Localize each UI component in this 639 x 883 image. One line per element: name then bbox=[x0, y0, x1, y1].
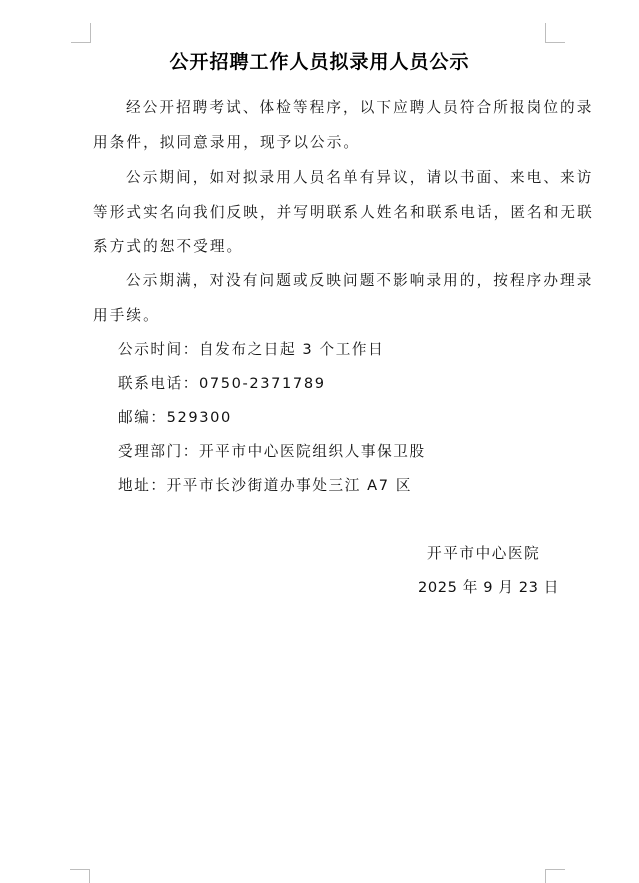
paragraph-2-line-3: 系方式的恕不受理。 bbox=[93, 237, 548, 257]
paragraph-2-line-2: 等形式实名向我们反映，并写明联系人姓名和联系电话，匿名和无联 bbox=[93, 203, 548, 223]
detail-label: 地址： bbox=[118, 477, 167, 494]
detail-department: 受理部门：开平市中心医院组织人事保卫股 bbox=[118, 442, 573, 462]
margin-corner-top-left bbox=[71, 23, 91, 43]
paragraph-1-line-2: 用条件，拟同意录用，现予以公示。 bbox=[93, 133, 548, 153]
detail-value: 529300 bbox=[167, 409, 232, 426]
detail-contact-phone: 联系电话：0750-2371789 bbox=[118, 374, 573, 394]
margin-corner-bottom-left bbox=[70, 869, 90, 883]
document-title: 公开招聘工作人员拟录用人员公示 bbox=[0, 47, 639, 74]
detail-value: 开平市中心医院组织人事保卫股 bbox=[199, 443, 426, 460]
detail-address: 地址：开平市长沙街道办事处三江 A7 区 bbox=[118, 476, 573, 496]
detail-value: 自发布之日起 3 个工作日 bbox=[199, 341, 384, 358]
paragraph-2-line-1: 公示期间，如对拟录用人员名单有异议，请以书面、来电、来访 bbox=[126, 168, 581, 188]
paragraph-3-line-1: 公示期满，对没有问题或反映问题不影响录用的，按程序办理录 bbox=[126, 271, 581, 291]
detail-value: 开平市长沙街道办事处三江 A7 区 bbox=[167, 477, 412, 494]
detail-label: 受理部门： bbox=[118, 443, 199, 460]
detail-label: 联系电话： bbox=[118, 375, 199, 392]
signature-organization: 开平市中心医院 bbox=[427, 544, 540, 564]
margin-corner-bottom-right bbox=[545, 869, 565, 883]
detail-postal-code: 邮编：529300 bbox=[118, 408, 573, 428]
detail-publicity-period: 公示时间：自发布之日起 3 个工作日 bbox=[118, 340, 573, 360]
detail-value: 0750-2371789 bbox=[199, 375, 326, 392]
detail-label: 公示时间： bbox=[118, 341, 199, 358]
document-page: 公开招聘工作人员拟录用人员公示 经公开招聘考试、体检等程序，以下应聘人员符合所报… bbox=[0, 0, 639, 883]
signature-date: 2025 年 9 月 23 日 bbox=[418, 578, 559, 598]
margin-corner-top-right bbox=[545, 23, 565, 43]
paragraph-3-line-2: 用手续。 bbox=[93, 306, 548, 326]
detail-label: 邮编： bbox=[118, 409, 167, 426]
paragraph-1-line-1: 经公开招聘考试、体检等程序，以下应聘人员符合所报岗位的录 bbox=[126, 98, 581, 118]
